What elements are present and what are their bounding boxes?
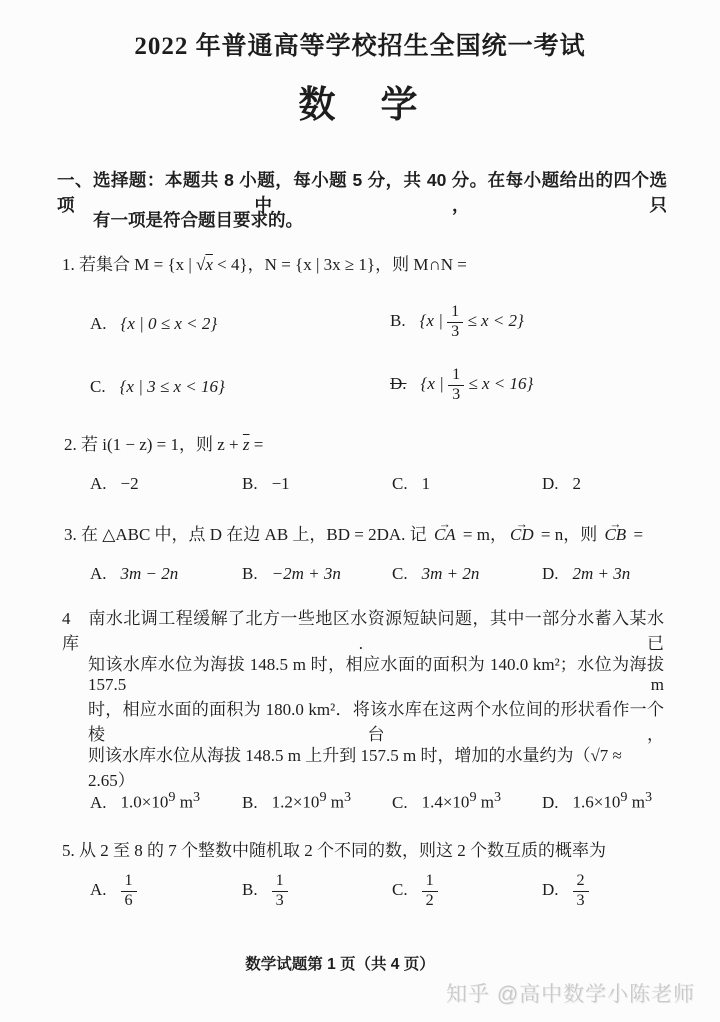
option-value: 3m + 2n [422, 564, 480, 583]
sqrt-argument: x [205, 255, 213, 274]
option-value-post: ≤ x < 16} [464, 374, 533, 393]
option-value: −2 [121, 474, 139, 493]
unit-exponent: 3 [645, 789, 652, 805]
option-value-pre: {x | [420, 311, 448, 330]
option-unit: m [477, 793, 494, 812]
question-3-stem-post: = [629, 525, 643, 544]
option-label: C. [392, 474, 408, 493]
exam-paper-page: 2022 年普通高等学校招生全国统一考试 数 学 一、选择题：本题共 8 小题，… [0, 0, 720, 1022]
option-label: B. [242, 880, 258, 899]
option-label: A. [90, 880, 107, 899]
question-1-option-c: C.{x | 3 ≤ x < 16} [90, 377, 225, 397]
fraction-numerator: 1 [272, 872, 288, 891]
option-label: D. [542, 474, 559, 493]
question-3-stem-pre: 3. 在 △ABC 中，点 D 在边 AB 上，BD = 2DA. 记 [64, 525, 431, 544]
question-1-stem-pre: 1. 若集合 M = {x | [62, 255, 196, 274]
question-1-option-b: B.{x | 13 ≤ x < 2} [390, 303, 524, 341]
question-2-stem-pre: 2. 若 i(1 − z) = 1，则 z + [64, 435, 243, 454]
question-5-option-d: D.23 [542, 872, 589, 910]
question-1-stem-post: < 4}，N = {x | 3x ≥ 1}，则 M∩N = [213, 255, 467, 274]
option-value: −1 [272, 474, 290, 493]
question-1-option-a: A.{x | 0 ≤ x < 2} [90, 314, 217, 334]
unit-exponent: 3 [193, 789, 200, 805]
fraction-numerator: 1 [448, 366, 464, 385]
fraction-numerator: 1 [422, 872, 438, 891]
question-5-option-b: B.13 [242, 872, 288, 910]
option-label: B. [242, 564, 258, 583]
question-2-option-c: C.1 [392, 474, 430, 494]
question-5-option-a: A.16 [90, 872, 137, 910]
question-4-line1: 4 南水北调工程缓解了北方一些地区水资源短缺问题，其中一部分水蓄入某水库. 已 [62, 604, 664, 654]
fraction: 12 [422, 872, 438, 910]
fraction: 23 [573, 872, 589, 910]
option-label: A. [90, 474, 107, 493]
exponent: 9 [319, 789, 326, 805]
fraction: 13 [447, 303, 463, 341]
option-coefficient: 1.4×10 [422, 793, 470, 812]
exponent: 9 [469, 789, 476, 805]
question-4-option-c: C.1.4×109 m3 [392, 789, 501, 813]
option-value: {x | 0 ≤ x < 2} [121, 314, 218, 333]
option-value-post: ≤ x < 2} [463, 311, 524, 330]
fraction-denominator: 3 [573, 891, 589, 911]
option-value: 3m − 2n [121, 564, 179, 583]
question-3-option-b: B.−2m + 3n [242, 564, 341, 584]
option-value: {x | 3 ≤ x < 16} [120, 377, 225, 396]
fraction-numerator: 2 [573, 872, 589, 891]
question-3-stem-mid2: = n，则 [537, 525, 602, 544]
fraction-denominator: 3 [447, 322, 463, 342]
fraction: 13 [448, 366, 464, 404]
exam-title: 2022 年普通高等学校招生全国统一考试 [0, 26, 720, 62]
option-label: D. [542, 564, 559, 583]
question-3-stem-mid1: = m， [459, 525, 507, 544]
fraction-numerator: 1 [447, 303, 463, 322]
option-label: D. [542, 793, 559, 812]
question-3-option-d: D.2m + 3n [542, 564, 630, 584]
option-label: A. [90, 793, 107, 812]
option-unit: m [175, 793, 192, 812]
option-label: B. [242, 793, 258, 812]
vector-CB: CB [604, 525, 626, 545]
fraction-denominator: 6 [121, 891, 137, 911]
option-coefficient: 1.2×10 [272, 793, 320, 812]
question-1-stem: 1. 若集合 M = {x | √x < 4}，N = {x | 3x ≥ 1}… [62, 250, 467, 275]
option-value: 2m + 3n [573, 564, 631, 583]
vector-CA: CA [434, 525, 456, 545]
section-instructions-line2: 有一项是符合题目要求的。 [93, 207, 303, 232]
sqrt-icon: √ [196, 255, 205, 274]
question-2-stem-post: = [250, 435, 264, 454]
question-2-option-a: A.−2 [90, 474, 139, 494]
question-4-option-b: B.1.2×109 m3 [242, 789, 351, 813]
option-value: 1 [422, 474, 431, 493]
fraction-numerator: 1 [121, 872, 137, 891]
fraction: 13 [272, 872, 288, 910]
question-3-option-a: A.3m − 2n [90, 564, 178, 584]
page-number-footer: 数学试题第 1 页（共 4 页） [0, 952, 680, 974]
fraction: 16 [121, 872, 137, 910]
option-unit: m [327, 793, 344, 812]
option-label: D. [542, 880, 559, 899]
option-value: 2 [573, 474, 582, 493]
fraction-denominator: 3 [272, 891, 288, 911]
question-1-option-d: D.{x | 13 ≤ x < 16} [390, 366, 533, 404]
watermark: 知乎 @高中数学小陈老师 [446, 978, 695, 1008]
conjugate-z: z [243, 435, 250, 454]
question-3-stem: 3. 在 △ABC 中，点 D 在边 AB 上，BD = 2DA. 记 CA =… [64, 520, 643, 545]
option-label: C. [392, 564, 408, 583]
option-label: C. [392, 793, 408, 812]
question-2-option-d: D.2 [542, 474, 581, 494]
option-label: C. [90, 377, 106, 396]
unit-exponent: 3 [344, 789, 351, 805]
question-2-option-b: B.−1 [242, 474, 290, 494]
option-coefficient: 1.6×10 [573, 793, 621, 812]
option-label: B. [242, 474, 258, 493]
option-label: B. [390, 311, 406, 330]
unit-exponent: 3 [494, 789, 501, 805]
question-5-stem: 5. 从 2 至 8 的 7 个整数中随机取 2 个不同的数，则这 2 个数互质… [62, 836, 606, 861]
question-5-option-c: C.12 [392, 872, 438, 910]
question-4-option-a: A.1.0×109 m3 [90, 789, 200, 813]
option-value: −2m + 3n [272, 564, 341, 583]
question-4-line4: 则该水库水位从海拔 148.5 m 上升到 157.5 m 时，增加的水量约为（… [88, 741, 664, 791]
option-label: D. [390, 374, 407, 393]
option-value-pre: {x | [421, 374, 449, 393]
option-label: C. [392, 880, 408, 899]
option-label: A. [90, 564, 107, 583]
question-4-option-d: D.1.6×109 m3 [542, 789, 652, 813]
exam-subject-title: 数 学 [0, 74, 720, 128]
fraction-denominator: 3 [448, 385, 464, 405]
fraction-denominator: 2 [422, 891, 438, 911]
question-2-stem: 2. 若 i(1 − z) = 1，则 z + z = [64, 430, 263, 455]
question-4-line3: 时，相应水面的面积为 180.0 km²．将该水库在这两个水位间的形状看作一个棱… [88, 695, 664, 745]
option-unit: m [627, 793, 644, 812]
question-4-line2: 知该水库水位为海拔 148.5 m 时，相应水面的面积为 140.0 km²；水… [88, 650, 664, 695]
option-coefficient: 1.0×10 [121, 793, 169, 812]
option-label: A. [90, 314, 107, 333]
vector-CD: CD [510, 525, 534, 545]
question-3-option-c: C.3m + 2n [392, 564, 479, 584]
